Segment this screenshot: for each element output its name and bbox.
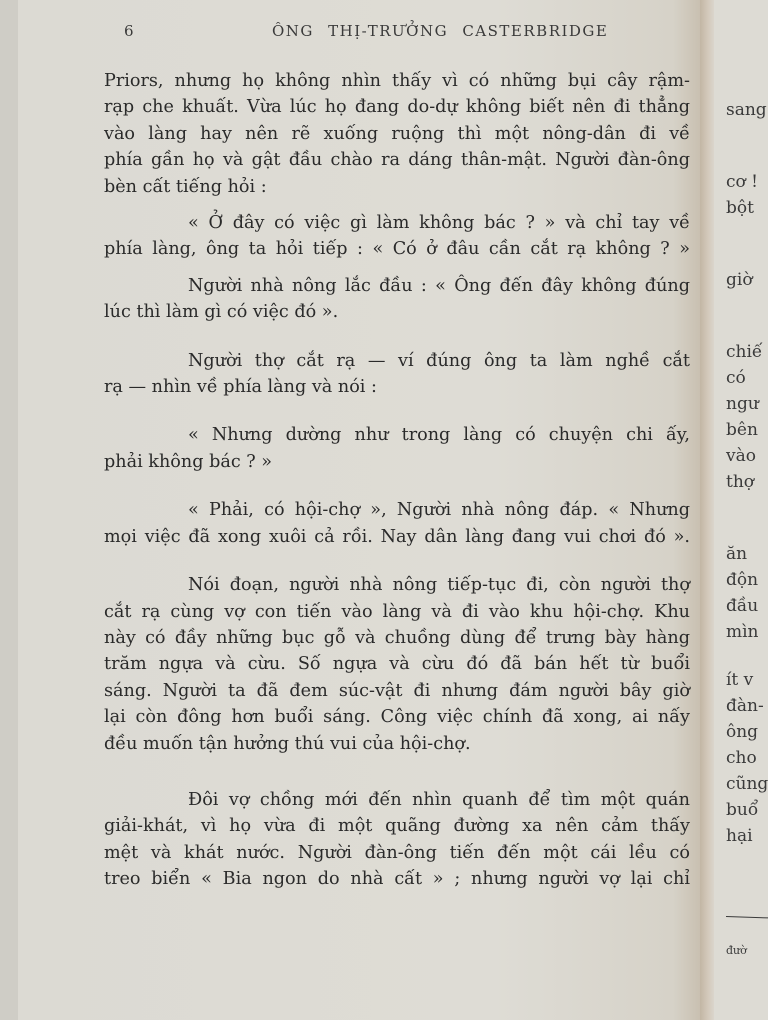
fragment-text: ăn	[726, 544, 747, 564]
text-line: trăm ngựa và cừu. Số ngựa và cừu đó đã b…	[104, 651, 690, 677]
fragment-text: chiế	[726, 342, 762, 362]
fragment-text: giờ	[726, 270, 753, 290]
fragment-text: sang	[726, 100, 767, 120]
footnote-rule	[726, 916, 768, 919]
text-line: rạ — nhìn về phía làng và nói :	[104, 374, 690, 400]
body-text: Priors, nhưng họ không nhìn thấy vì có n…	[104, 68, 690, 893]
page-number: 6	[124, 22, 135, 40]
running-title: ÔNG THỊ-TRƯỞNG CASTERBRIDGE	[272, 22, 608, 40]
text-line: lúc thì làm gì có việc đó ».	[104, 299, 690, 325]
text-line: mọi việc đã xong xuôi cả rồi. Nay dân là…	[104, 524, 690, 550]
fragment-text: đàn-	[726, 696, 764, 716]
text-line: sáng. Người ta đã đem súc-vật đi nhưng đ…	[104, 678, 690, 704]
page-header: 6 ÔNG THỊ-TRƯỞNG CASTERBRIDGE	[18, 18, 700, 48]
fragment-text: ngư	[726, 394, 759, 414]
text-line: Đôi vợ chồng mới đến nhìn quanh để tìm m…	[104, 787, 690, 813]
text-line: vào làng hay nên rẽ xuống ruộng thì một …	[104, 121, 690, 147]
text-line: mệt và khát nước. Người đàn-ông tiến đến…	[104, 840, 690, 866]
paragraph-3: Người nhà nông lắc đầu : « Ông đến đây k…	[104, 273, 690, 326]
text-line: cắt rạ cùng vợ con tiến vào làng và đi v…	[104, 599, 690, 625]
paragraph-1: Priors, nhưng họ không nhìn thấy vì có n…	[104, 68, 690, 200]
fragment-text: đầu	[726, 596, 758, 616]
fragment-text: hại	[726, 826, 753, 846]
text-line: đều muốn tận hưởng thú vui của hội-chợ.	[104, 731, 690, 757]
fragment-text: buổ	[726, 800, 758, 820]
fragment-text: bên	[726, 420, 758, 440]
book-gutter	[700, 0, 714, 1020]
fragment-text: có	[726, 368, 746, 388]
text-line: này có đầy những bục gỗ và chuồng dùng đ…	[104, 625, 690, 651]
fragment-text: cho	[726, 748, 757, 768]
fragment-text: ông	[726, 722, 758, 742]
next-page-edge: sang cơ ! bột giờ chiế có ngư bên vào th…	[714, 0, 768, 1020]
fragment-text: cũng	[726, 774, 768, 794]
text-line: giải-khát, vì họ vừa đi một quãng đường …	[104, 813, 690, 839]
paragraph-8: Đôi vợ chồng mới đến nhìn quanh để tìm m…	[104, 787, 690, 893]
fragment-text: bột	[726, 198, 754, 218]
text-line: phải không bác ? »	[104, 449, 690, 475]
paragraph-7: Nói đoạn, người nhà nông tiếp-tục đi, cò…	[104, 572, 690, 757]
fragment-text: vào	[726, 446, 756, 466]
text-line: « Ở đây có việc gì làm không bác ? » và …	[104, 210, 690, 236]
fragment-text: mìn	[726, 622, 759, 642]
fragment-text: cơ !	[726, 172, 758, 192]
paragraph-4: Người thợ cắt rạ — ví đúng ông ta làm ng…	[104, 348, 690, 401]
previous-page-edge	[0, 0, 19, 1020]
book-page: 6 ÔNG THỊ-TRƯỞNG CASTERBRIDGE Priors, nh…	[18, 0, 700, 1020]
fragment-text: ít v	[726, 670, 753, 690]
paragraph-5: « Nhưng dường như trong làng có chuyện c…	[104, 422, 690, 475]
text-line: Người nhà nông lắc đầu : « Ông đến đây k…	[104, 273, 690, 299]
text-line: Priors, nhưng họ không nhìn thấy vì có n…	[104, 68, 690, 94]
text-line: lại còn đông hơn buổi sáng. Công việc ch…	[104, 704, 690, 730]
text-line: « Nhưng dường như trong làng có chuyện c…	[104, 422, 690, 448]
paragraph-6: « Phải, có hội-chợ », Người nhà nông đáp…	[104, 497, 690, 550]
fragment-text: thợ	[726, 472, 754, 492]
text-line: Người thợ cắt rạ — ví đúng ông ta làm ng…	[104, 348, 690, 374]
text-line: rạp che khuất. Vừa lúc họ đang do-dự khô…	[104, 94, 690, 120]
fragment-text: độn	[726, 570, 758, 590]
text-line: treo biển « Bia ngon do nhà cất » ; nhưn…	[104, 866, 690, 892]
text-line: phía làng, ông ta hỏi tiếp : « Có ở đâu …	[104, 236, 690, 262]
footnote-fragment: đườ	[726, 944, 747, 957]
paragraph-2: « Ở đây có việc gì làm không bác ? » và …	[104, 210, 690, 263]
text-line: bèn cất tiếng hỏi :	[104, 174, 690, 200]
text-line: Nói đoạn, người nhà nông tiếp-tục đi, cò…	[104, 572, 690, 598]
text-line: « Phải, có hội-chợ », Người nhà nông đáp…	[104, 497, 690, 523]
text-line: phía gần họ và gật đầu chào ra dáng thân…	[104, 147, 690, 173]
